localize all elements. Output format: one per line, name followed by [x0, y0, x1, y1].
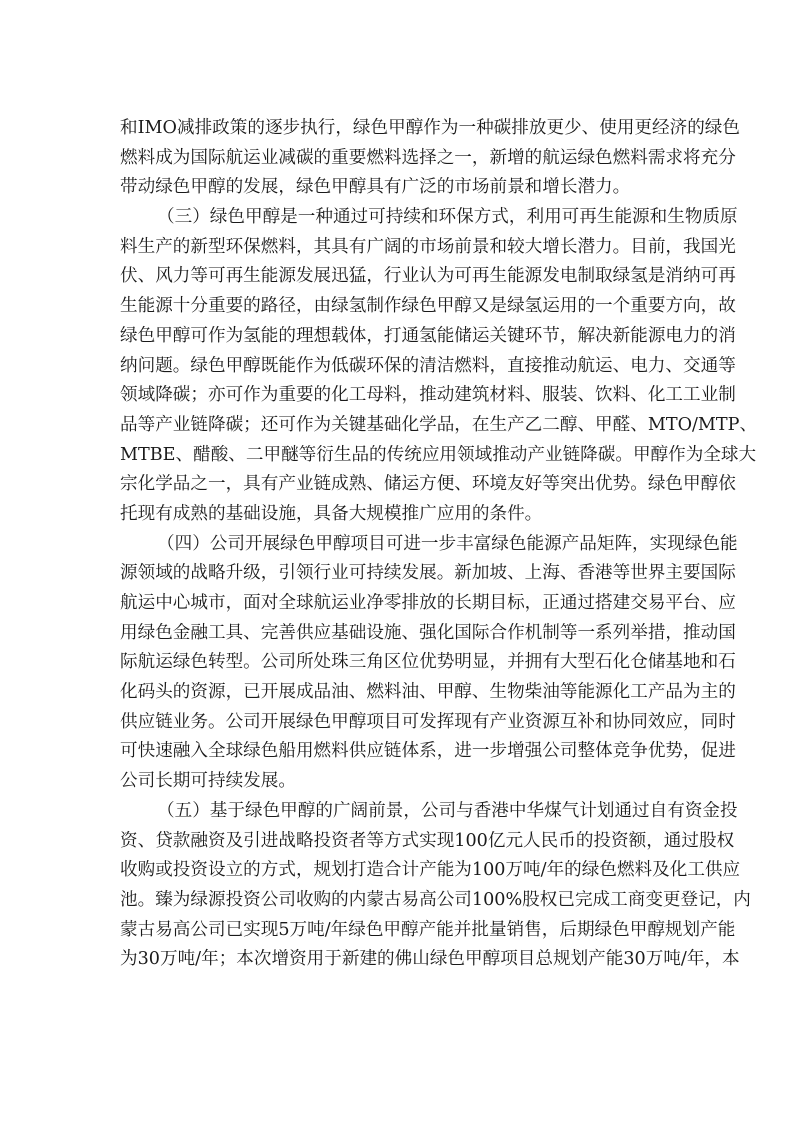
text-line: MTBE、醋酸、二甲醚等衍生品的传统应用领域推动产业链降碳。甲醇作为全球大 [120, 441, 676, 471]
text-line: 际航运绿色转型。公司所处珠三角区位优势明显，并拥有大型石化仓储基地和石 [120, 648, 676, 678]
text-line: 品等产业链降碳；还可作为关键基础化学品，在生产乙二醇、甲醛、MTO/MTP、 [120, 411, 676, 441]
text-line: 航运中心城市，面对全球航运业净零排放的长期目标，正通过搭建交易平台、应 [120, 589, 676, 619]
text-line: 带动绿色甲醇的发展，绿色甲醇具有广泛的市场前景和增长潜力。 [120, 173, 676, 203]
text-line: 料生产的新型环保燃料，其具有广阔的市场前景和较大增长潜力。目前，我国光 [120, 233, 676, 263]
text-line: 绿色甲醇可作为氢能的理想载体，打通氢能储运关键环节，解决新能源电力的消 [120, 322, 676, 352]
text-line: 化码头的资源，已开展成品油、燃料油、甲醇、生物柴油等能源化工产品为主的 [120, 678, 676, 708]
text-line: （五）基于绿色甲醇的广阔前景，公司与香港中华煤气计划通过自有资金投 [120, 797, 676, 827]
text-line: 托现有成熟的基础设施，具备大规模推广应用的条件。 [120, 500, 676, 530]
paragraph-four: （四）公司开展绿色甲醇项目可进一步丰富绿色能源产品矩阵，实现绿色能 源领域的战略… [120, 530, 676, 797]
text-line: 纳问题。绿色甲醇既能作为低碳环保的清洁燃料，直接推动航运、电力、交通等 [120, 352, 676, 382]
text-line: 公司长期可持续发展。 [120, 767, 676, 797]
text-line: （三）绿色甲醇是一种通过可持续和环保方式，利用可再生能源和生物质原 [120, 203, 676, 233]
document-page: 和IMO减排政策的逐步执行，绿色甲醇作为一种碳排放更少、使用更经济的绿色 燃料成… [120, 114, 676, 975]
text-line: 领域降碳；亦可作为重要的化工母料，推动建筑材料、服装、饮料、化工工业制 [120, 381, 676, 411]
text-line: 蒙古易高公司已实现5万吨/年绿色甲醇产能并批量销售，后期绿色甲醇规划产能 [120, 916, 676, 946]
text-line: 收购或投资设立的方式，规划打造合计产能为100万吨/年的绿色燃料及化工供应 [120, 856, 676, 886]
text-line: 供应链业务。公司开展绿色甲醇项目可发挥现有产业资源互补和协同效应，同时 [120, 708, 676, 738]
text-line: 用绿色金融工具、完善供应基础设施、强化国际合作机制等一系列举措，推动国 [120, 619, 676, 649]
text-line: 和IMO减排政策的逐步执行，绿色甲醇作为一种碳排放更少、使用更经济的绿色 [120, 114, 676, 144]
paragraph-continuation: 和IMO减排政策的逐步执行，绿色甲醇作为一种碳排放更少、使用更经济的绿色 燃料成… [120, 114, 676, 203]
text-line: 资、贷款融资及引进战略投资者等方式实现100亿元人民币的投资额，通过股权 [120, 827, 676, 857]
text-line: 池。臻为绿源投资公司收购的内蒙古易高公司100%股权已完成工商变更登记，内 [120, 886, 676, 916]
paragraph-five: （五）基于绿色甲醇的广阔前景，公司与香港中华煤气计划通过自有资金投 资、贷款融资… [120, 797, 676, 975]
paragraph-three: （三）绿色甲醇是一种通过可持续和环保方式，利用可再生能源和生物质原 料生产的新型… [120, 203, 676, 530]
text-line: 伏、风力等可再生能源发展迅猛，行业认为可再生能源发电制取绿氢是消纳可再 [120, 262, 676, 292]
text-line: 燃料成为国际航运业减碳的重要燃料选择之一，新增的航运绿色燃料需求将充分 [120, 144, 676, 174]
text-line: 可快速融入全球绿色船用燃料供应链体系，进一步增强公司整体竞争优势，促进 [120, 737, 676, 767]
text-line: 宗化学品之一，具有产业链成熟、储运方便、环境友好等突出优势。绿色甲醇依 [120, 470, 676, 500]
text-line: 源领域的战略升级，引领行业可持续发展。新加坡、上海、香港等世界主要国际 [120, 559, 676, 589]
text-line: （四）公司开展绿色甲醇项目可进一步丰富绿色能源产品矩阵，实现绿色能 [120, 530, 676, 560]
text-line: 为30万吨/年；本次增资用于新建的佛山绿色甲醇项目总规划产能30万吨/年，本 [120, 945, 676, 975]
text-line: 生能源十分重要的路径，由绿氢制作绿色甲醇又是绿氢运用的一个重要方向，故 [120, 292, 676, 322]
